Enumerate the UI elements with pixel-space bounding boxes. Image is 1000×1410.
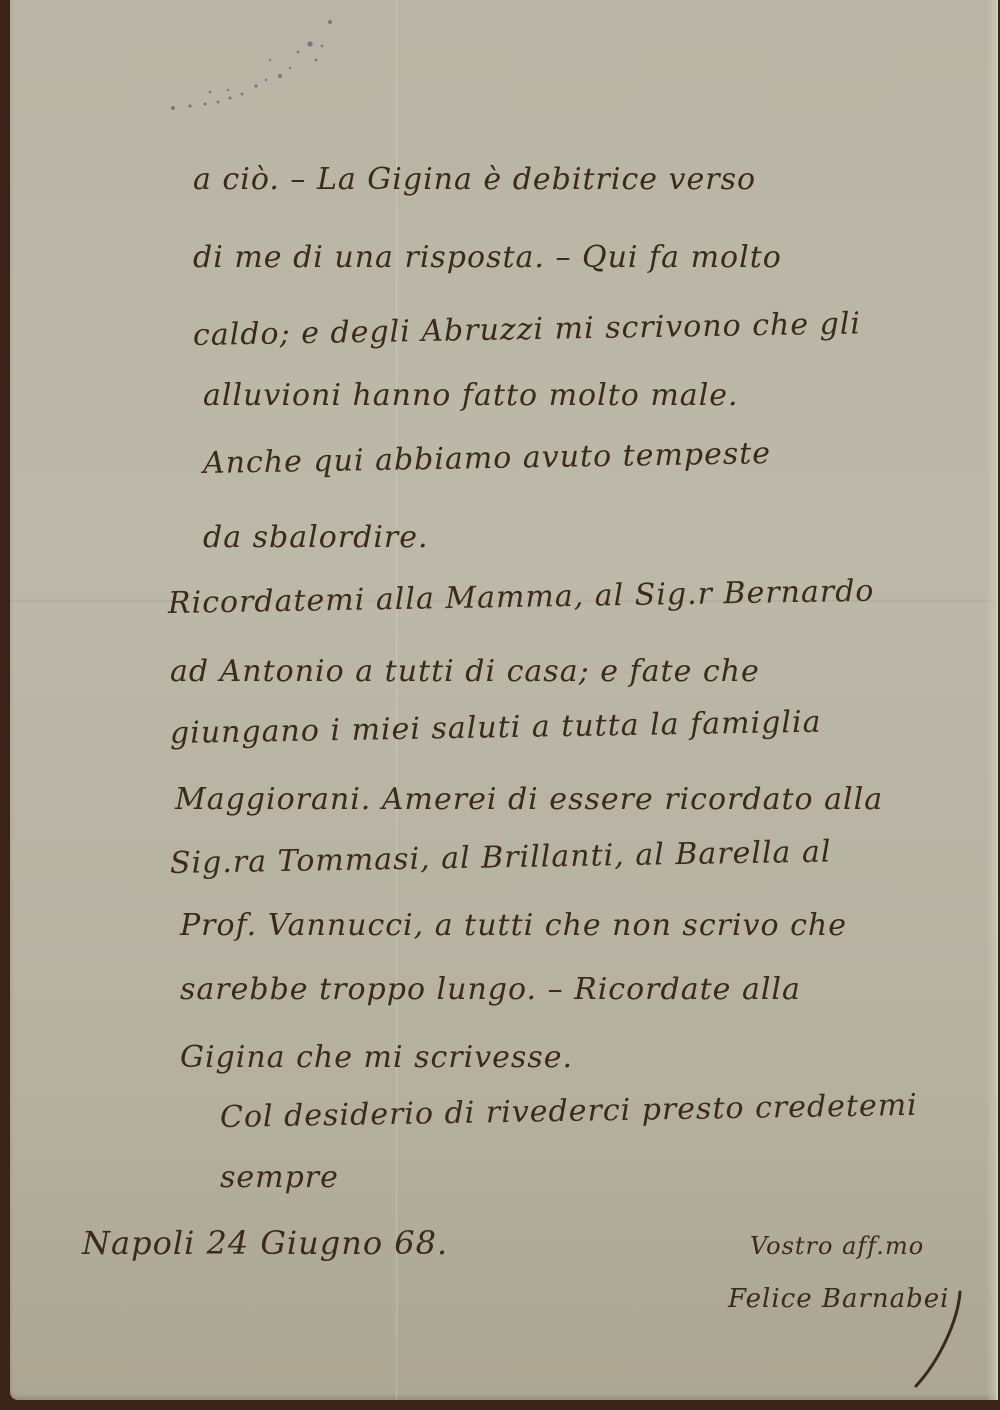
letter-line-6: da sbalordire. (203, 520, 429, 555)
letter-line-14: Gigina che mi scrivesse. (180, 1040, 573, 1075)
letter-line-3: caldo; e degli Abruzzi mi scrivono che g… (193, 306, 862, 353)
letter-line-13: sarebbe troppo lungo. – Ricordate alla (180, 972, 801, 1007)
letter-line-9: giungano i miei saluti a tutta la famigl… (170, 705, 822, 751)
closing-salutation: Vostro aff.mo (750, 1232, 924, 1260)
letter-line-7: Ricordatemi alla Mamma, al Sig.r Bernard… (168, 574, 875, 621)
letter-line-16: sempre (220, 1160, 339, 1195)
place-and-date: Napoli 24 Giugno 68. (82, 1224, 448, 1262)
letter-line-11: Sig.ra Tommasi, al Brillanti, al Barella… (170, 834, 832, 881)
letter-line-5: Anche qui abbiamo avuto tempeste (203, 436, 772, 481)
signature-flourish (910, 1290, 970, 1390)
faded-ink-stamp-mark (170, 20, 350, 110)
letter-line-8: ad Antonio a tutti di casa; e fate che (170, 654, 760, 689)
letter-page: a ciò. – La Gigina è debitrice verso di … (10, 0, 998, 1400)
letter-line-1: a ciò. – La Gigina è debitrice verso (193, 162, 756, 197)
letter-line-10: Maggiorani. Amerei di essere ricordato a… (175, 782, 883, 817)
vertical-fold-crease (395, 0, 398, 1400)
paper-right-edge (986, 0, 998, 1400)
letter-line-12: Prof. Vannucci, a tutti che non scrivo c… (180, 908, 847, 943)
letter-line-15: Col desiderio di rivederci presto credet… (220, 1088, 918, 1135)
letter-line-2: di me di una risposta. – Qui fa molto (193, 240, 782, 275)
letter-line-4: alluvioni hanno fatto molto male. (203, 378, 739, 413)
